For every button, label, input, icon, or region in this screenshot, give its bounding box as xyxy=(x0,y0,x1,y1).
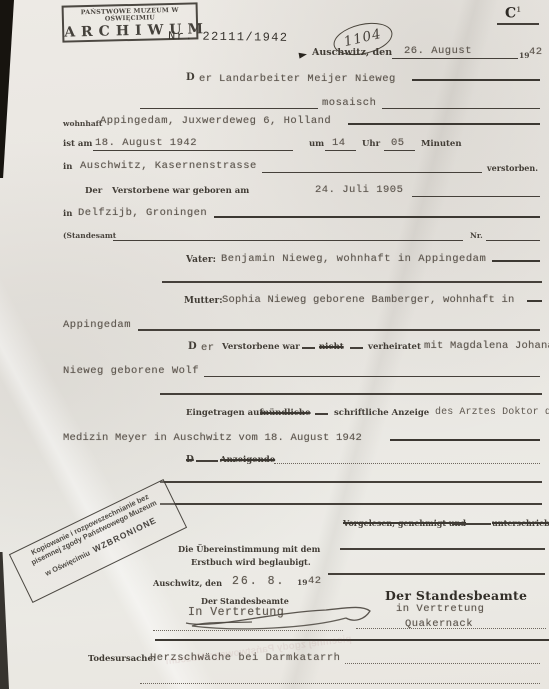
mother-line xyxy=(138,329,540,331)
standesamt-label: (Standesamt xyxy=(63,231,116,240)
header-date-line xyxy=(392,58,518,59)
born-label-der: Der xyxy=(85,186,102,196)
right-official-sign-line xyxy=(356,628,546,629)
birth-place-value: Delfzijb, Groningen xyxy=(78,207,207,219)
registry-number: Nr. 22111/1942 xyxy=(168,29,289,45)
death-cause-line xyxy=(345,663,540,664)
header-date-value: 26. August xyxy=(404,45,472,57)
marital-was-label: Verstorbene war xyxy=(222,342,300,352)
death-date-line xyxy=(93,150,293,151)
header-year-print: 19 xyxy=(519,51,529,60)
death-place-line xyxy=(262,172,482,173)
arrow-mark xyxy=(299,51,308,58)
signature-line-right-2 xyxy=(328,573,545,575)
scan-edge-bottom-left xyxy=(0,552,9,689)
certification-line-1: Die Übereinstimmung mit dem xyxy=(178,544,320,554)
minuten-label: Minuten xyxy=(421,139,462,149)
uhr-label: Uhr xyxy=(362,139,380,149)
um-label: um xyxy=(309,139,324,149)
anzeigende-dotted-line xyxy=(274,463,540,464)
minute-line xyxy=(384,150,415,151)
vorgelesen-struck-1: Vorgelesen, genehmigt und xyxy=(343,518,466,528)
spouse-line xyxy=(204,376,540,377)
anzeigende-strike-line xyxy=(196,460,218,462)
religion-value: mosaisch xyxy=(322,97,376,109)
nicht-dash-left xyxy=(302,347,315,349)
registration-label-2: schriftliche Anzeige xyxy=(334,408,429,418)
father-value: Benjamin Nieweg, wohnhaft in Appingedam xyxy=(221,253,486,265)
bottom-dotted-line xyxy=(140,683,540,684)
registration-dash-fill xyxy=(390,439,540,441)
separator-line-4 xyxy=(160,503,542,505)
right-official-title: Der Standesbeamte xyxy=(385,588,527,603)
corner-mark-letter: C xyxy=(505,6,516,22)
marital-d-print: D xyxy=(188,341,197,352)
certification-year-typed: 42 xyxy=(308,575,322,587)
death-cause-label: Todesursache: xyxy=(88,654,156,664)
header-place-label: Auschwitz, den xyxy=(312,47,392,58)
vorgelesen-struck-2: unterschrieben xyxy=(492,518,549,528)
certification-line-2: Erstbuch wird beglaubigt. xyxy=(191,557,311,567)
birth-place-dash-fill xyxy=(214,216,540,218)
separator-line-2 xyxy=(160,393,542,395)
name-dash-fill xyxy=(412,79,540,81)
registration-dash xyxy=(315,413,328,415)
in2-label: in xyxy=(63,209,72,219)
registration-label-1: Eingetragen auf xyxy=(186,408,263,418)
certification-date: 26. 8. xyxy=(232,575,285,588)
corner-mark: C1 xyxy=(505,5,521,22)
father-label: Vater: xyxy=(186,255,216,265)
in-label: in xyxy=(63,162,72,172)
standesamt-nr-line xyxy=(486,240,540,241)
mother-label: Mutter: xyxy=(184,296,223,306)
right-official-sub: in Vertretung xyxy=(396,603,484,615)
religion-line-right xyxy=(382,108,540,109)
corner-mark-sup: 1 xyxy=(516,5,521,14)
father-dash-fill xyxy=(492,260,540,262)
spouse-value-2: Nieweg geborene Wolf xyxy=(63,365,199,377)
residence-label: wohnhaft xyxy=(63,119,102,128)
anzeigende-struck: Anzeigende xyxy=(220,455,275,465)
born-label: Verstorbene war geboren am xyxy=(112,186,249,196)
death-certificate-scan: PAŃSTWOWE MUZEUM W OŚWIĘCIMIU ARCHIWUM N… xyxy=(0,0,549,689)
certification-year-print: 19 xyxy=(297,578,307,587)
marital-er-typed: er xyxy=(201,342,215,354)
deceased-er-typed: er xyxy=(199,73,213,85)
registration-typed-1: des Arztes Doktor der- xyxy=(435,407,549,418)
standesamt-line xyxy=(113,240,463,241)
registration-typed-2: Medizin Meyer in Auschwitz vom 18. Augus… xyxy=(63,432,362,444)
mother-dash-fill xyxy=(527,300,542,302)
signature-line-right-1 xyxy=(340,548,545,550)
bottom-separator-line xyxy=(155,639,549,641)
verheiratet-label: verheiratet xyxy=(368,342,421,352)
hour-line xyxy=(325,150,356,151)
deceased-d-print: D xyxy=(186,72,195,83)
death-date-value: 18. August 1942 xyxy=(95,137,197,149)
anzeigende-d-struck: D xyxy=(186,455,194,465)
residence-value: Appingedam, Juxwerdeweg 6, Holland xyxy=(100,115,331,127)
hour-value: 14 xyxy=(332,137,346,149)
scan-edge-top-left xyxy=(0,0,14,178)
standesamt-nr-label: Nr. xyxy=(470,231,483,240)
residence-dash-fill xyxy=(348,123,540,125)
religion-line-left xyxy=(140,108,318,109)
nicht-dash-right xyxy=(350,347,363,349)
corner-mark-underline xyxy=(497,23,539,25)
muendliche-struck: mündliche xyxy=(260,408,311,418)
certification-place-label: Auschwitz, den xyxy=(153,578,222,588)
vorgelesen-strike-gap xyxy=(452,523,491,525)
died-label: ist am xyxy=(63,139,92,149)
mother-value: Sophia Nieweg geborene Bamberger, wohnha… xyxy=(222,294,515,306)
separator-line-3 xyxy=(160,481,542,483)
minute-value: 05 xyxy=(391,137,405,149)
separator-line-1 xyxy=(162,281,542,283)
deceased-name: Landarbeiter Meijer Nieweg xyxy=(219,73,396,85)
death-place-value: Auschwitz, Kasernenstrasse xyxy=(80,160,257,172)
verstorben-label: verstorben. xyxy=(487,163,538,173)
spouse-value-1: mit Magdalena Johana xyxy=(424,340,549,352)
mother-value-cont: Appingedam xyxy=(63,319,131,331)
nicht-struck: nicht xyxy=(319,342,344,352)
left-official-sign-line xyxy=(153,630,343,631)
header-year-typed: 42 xyxy=(529,46,543,58)
birth-date-line xyxy=(412,196,540,197)
birth-date-value: 24. Juli 1905 xyxy=(315,184,403,196)
